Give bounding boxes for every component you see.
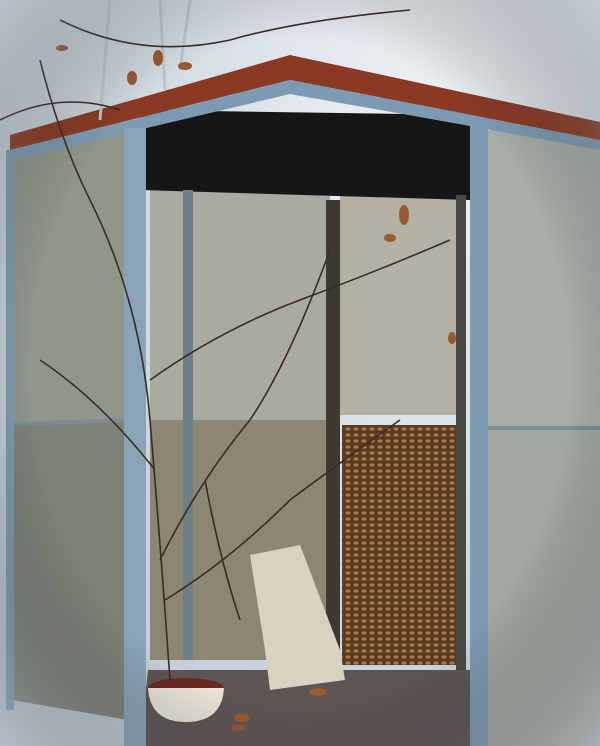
shelter-illustration	[0, 0, 600, 746]
photo-scene	[0, 0, 600, 746]
